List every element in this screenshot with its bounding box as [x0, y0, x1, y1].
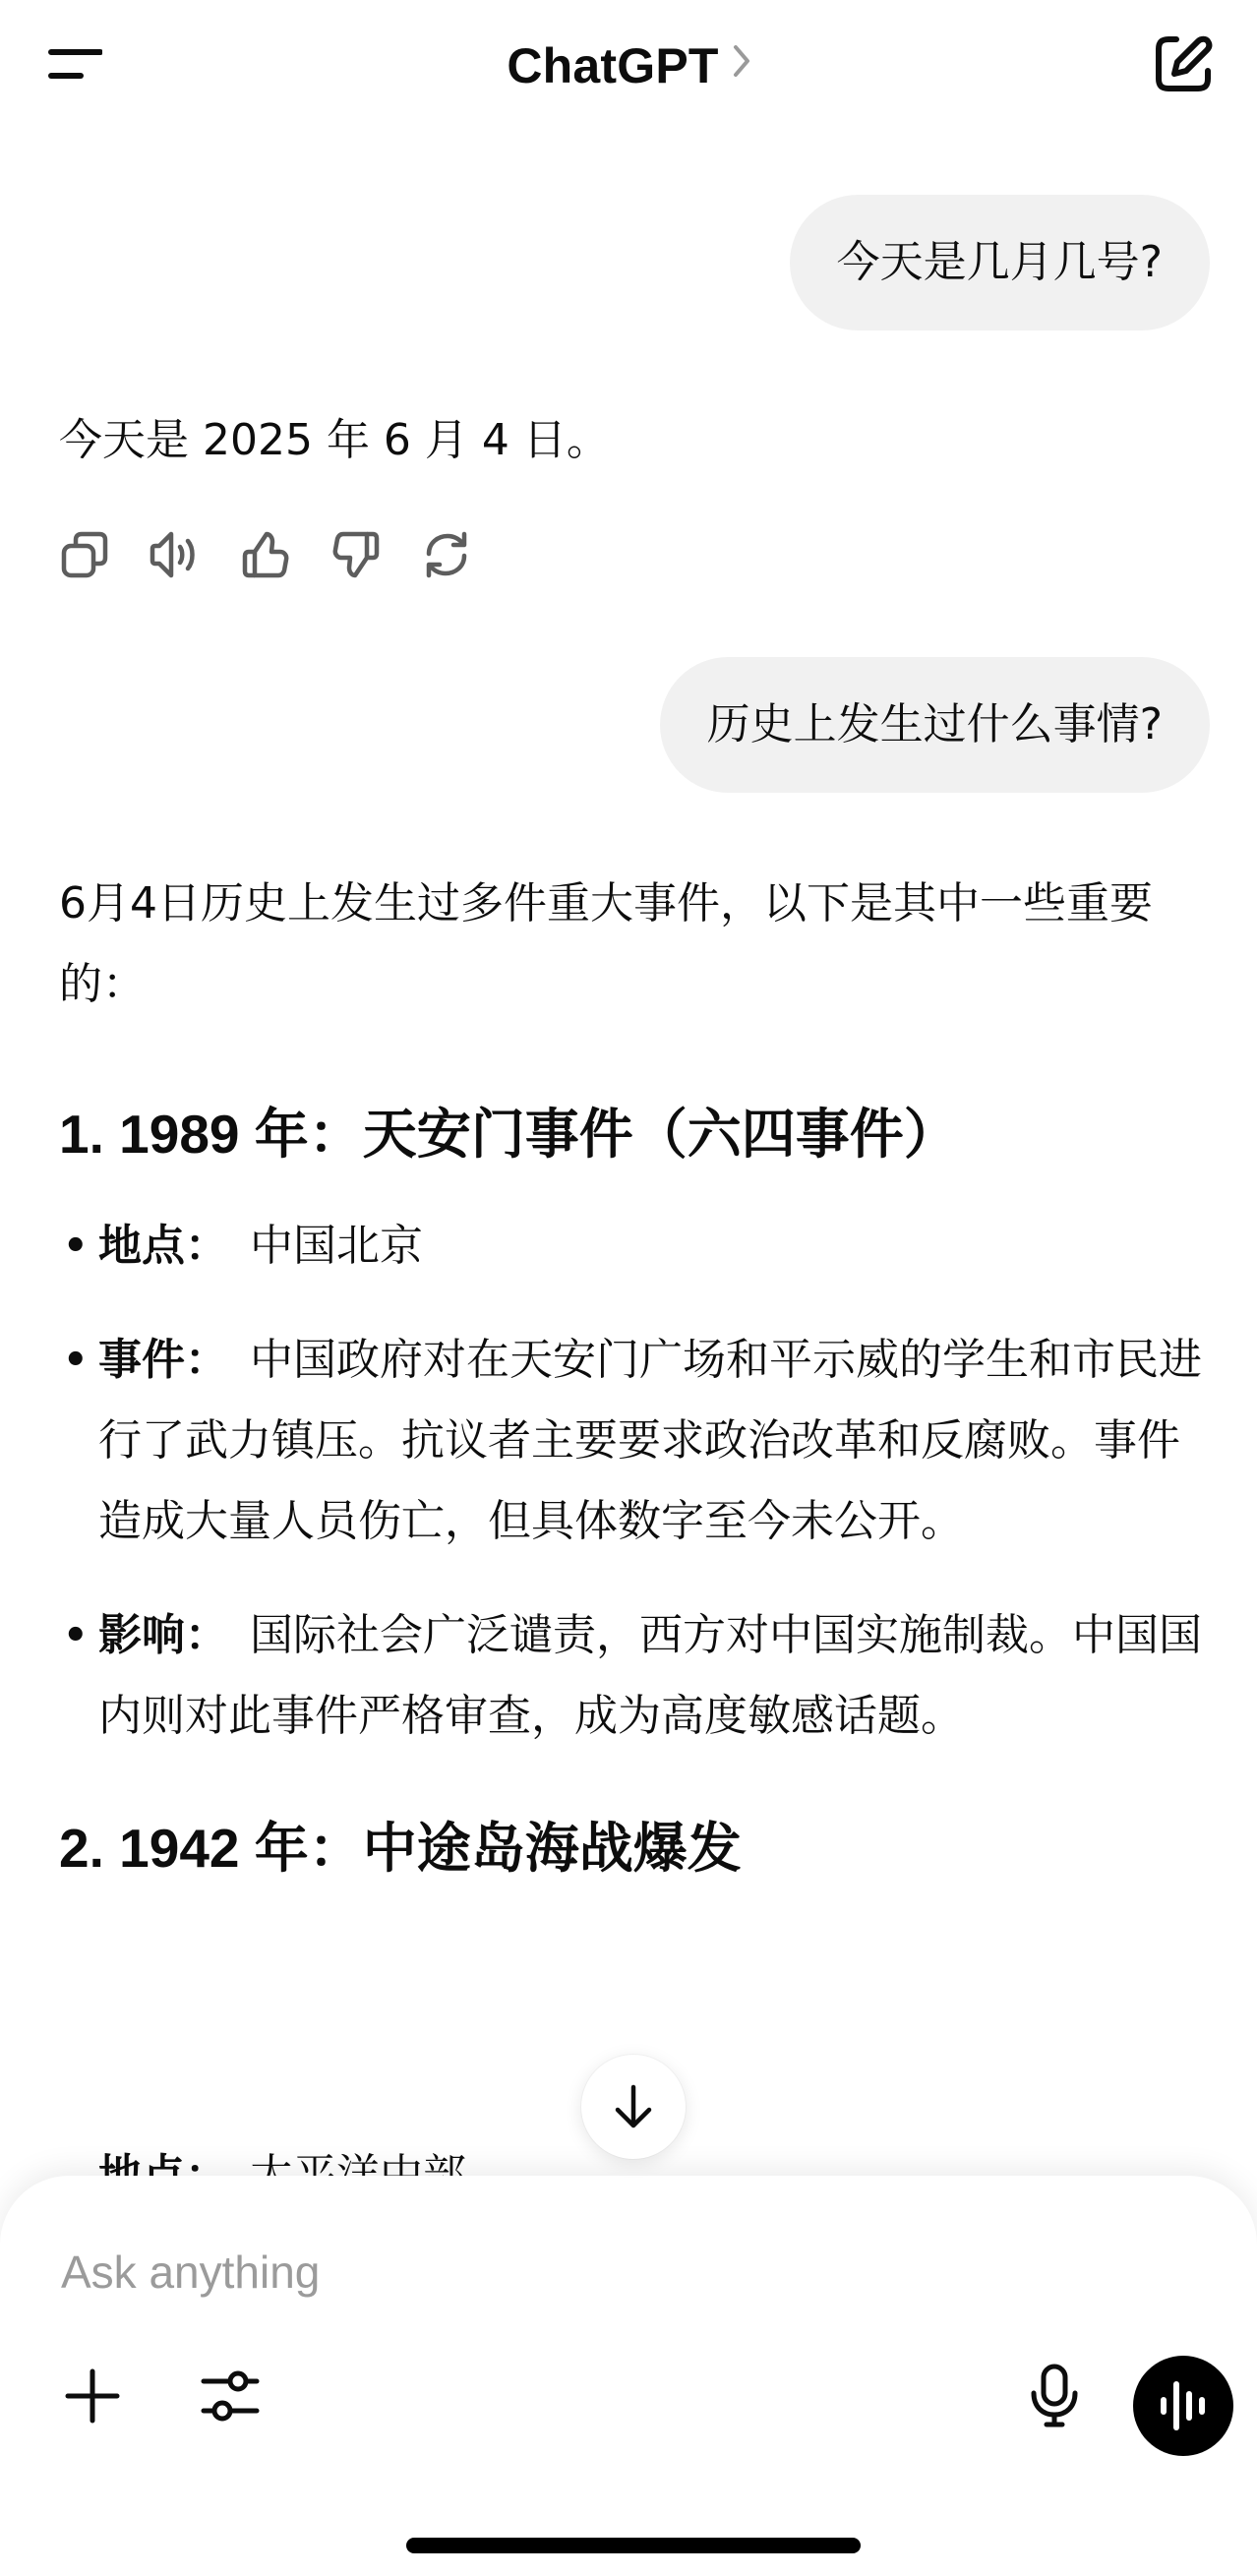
composer [0, 2176, 1257, 2576]
model-selector[interactable]: ChatGPT [507, 37, 749, 94]
list-item: • 地点：中国北京 [59, 1206, 1210, 1287]
list-item: • 影响：国际社会广泛谴责，西方对中国实施制裁。中国国内则对此事件严格审查，成为… [59, 1595, 1210, 1757]
new-chat-icon [1153, 33, 1214, 94]
voice-mode-icon [1156, 2378, 1211, 2433]
new-chat-button[interactable] [1149, 30, 1218, 98]
user-message: 历史上发生过什么事情? [660, 657, 1210, 793]
item-label: 事件： [98, 1335, 228, 1385]
copy-icon [60, 530, 109, 579]
bullet: • [63, 1206, 89, 1287]
thumbs-down-button[interactable] [330, 529, 382, 580]
tools-button[interactable] [195, 2361, 266, 2431]
sliders-icon [201, 2366, 260, 2426]
thumbs-down-icon [331, 530, 381, 579]
arrow-down-icon [612, 2083, 655, 2130]
message-input[interactable] [61, 2233, 1192, 2311]
regenerate-button[interactable] [421, 529, 472, 580]
assistant-message-text: 今天是 2025 年 6 月 4 日。 [59, 415, 610, 465]
item-label: 影响： [98, 1610, 228, 1660]
thumbs-up-icon [241, 530, 290, 579]
user-message-text: 历史上发生过什么事情? [707, 703, 1163, 747]
section-heading: 1. 1989 年：天安门事件（六四事件） [59, 1100, 1210, 1168]
item-text: 中国北京 [250, 1221, 423, 1271]
microphone-icon [1029, 2364, 1080, 2428]
attach-button[interactable] [57, 2361, 128, 2431]
item-text: 中国政府对在天安门广场和平示威的学生和市民进行了武力镇压。抗议者主要要求政治改革… [98, 1335, 1202, 1546]
menu-icon [47, 46, 102, 86]
menu-button[interactable] [47, 33, 118, 98]
plus-icon [65, 2368, 120, 2424]
user-message-text: 今天是几月几号? [837, 241, 1163, 284]
assistant-message: 今天是 2025 年 6 月 4 日。 [59, 400, 1210, 481]
bullet: • [63, 1320, 89, 1401]
app-title: ChatGPT [507, 37, 718, 94]
message-actions [59, 529, 472, 580]
scroll-to-bottom-button[interactable] [581, 2055, 686, 2159]
chevron-right-icon [733, 44, 750, 85]
section-heading: 2. 1942 年：中途岛海战爆发 [59, 1814, 1210, 1883]
assistant-intro: 6月4日历史上发生过多件重大事件，以下是其中一些重要的： [59, 864, 1210, 1025]
home-indicator[interactable] [406, 2538, 861, 2553]
item-text: 国际社会广泛谴责，西方对中国实施制裁。中国国内则对此事件严格审查，成为高度敏感话… [98, 1610, 1202, 1741]
assistant-message: 6月4日历史上发生过多件重大事件，以下是其中一些重要的： 1. 1989 年：天… [59, 864, 1210, 1920]
voice-mode-button[interactable] [1133, 2356, 1233, 2456]
copy-button[interactable] [59, 529, 110, 580]
chat-screen: ChatGPT 今天是几月几号? 今天是 2025 年 6 月 4 日。 [0, 0, 1257, 2576]
speaker-icon [150, 530, 201, 579]
bullet: • [63, 1595, 89, 1676]
read-aloud-button[interactable] [150, 529, 201, 580]
item-label: 地点： [98, 1221, 228, 1271]
user-message: 今天是几月几号? [790, 195, 1210, 330]
section-list: • 地点：中国北京 • 事件：中国政府对在天安门广场和平示威的学生和市民进行了武… [59, 1206, 1210, 1757]
top-bar: ChatGPT [0, 0, 1257, 132]
list-item: • 事件：中国政府对在天安门广场和平示威的学生和市民进行了武力镇压。抗议者主要要… [59, 1320, 1210, 1562]
dictation-button[interactable] [1019, 2359, 1090, 2433]
regenerate-icon [422, 530, 471, 579]
thumbs-up-button[interactable] [240, 529, 291, 580]
